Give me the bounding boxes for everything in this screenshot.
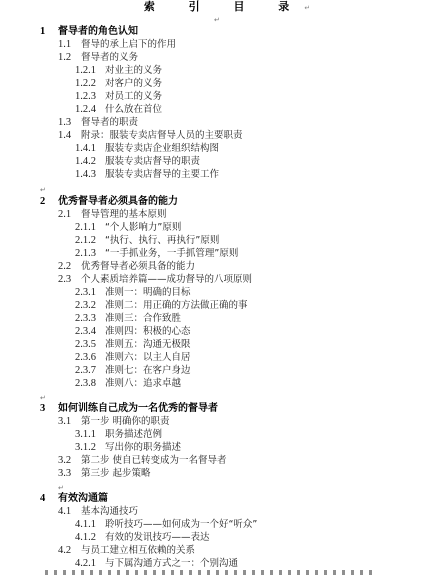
toc-number: 2.1.3 [75, 247, 105, 260]
toc-entry-level3[interactable]: 4.1.2有效的发讯技巧——表达 [75, 531, 210, 544]
toc-number: 2.3.2 [75, 299, 105, 312]
toc-entry-level2[interactable]: 2.2优秀督导者必须具备的能力 [58, 260, 195, 273]
toc-entry-level3[interactable]: 2.3.4准则四：积极的心态 [75, 325, 191, 338]
toc-entry-level3[interactable]: 2.3.5准则五：沟通无极限 [75, 338, 191, 351]
toc-number: 2 [40, 195, 58, 208]
toc-number: 2.3.6 [75, 351, 105, 364]
toc-number: 2.3.1 [75, 286, 105, 299]
toc-entry-level3[interactable]: 4.1.1聆听技巧——如何成为一个好“听众” [75, 518, 257, 531]
toc-text: 优秀督导者必须具备的能力 [58, 196, 178, 207]
toc-entry-level2[interactable]: 1.2督导者的义务 [58, 51, 138, 64]
truncated-next-line [45, 570, 375, 575]
toc-text: 准则二：用正确的方法做正确的事 [105, 300, 248, 311]
toc-entry-level1[interactable]: 1督导者的角色认知 [40, 25, 138, 38]
toc-number: 1.2.3 [75, 90, 105, 103]
toc-number: 3.1.1 [75, 428, 105, 441]
toc-number: 1.2 [58, 51, 81, 64]
toc-number: 2.1.1 [75, 221, 105, 234]
toc-number: 1.2.1 [75, 64, 105, 77]
toc-entry-level2[interactable]: 1.4附录：服装专卖店督导人员的主要职责 [58, 129, 243, 142]
toc-entry-level3[interactable]: 3.1.1职务描述范例 [75, 428, 162, 441]
toc-number: 3.2 [58, 454, 81, 467]
toc-entry-level1[interactable]: 3如何训练自己成为一名优秀的督导者 [40, 402, 218, 415]
toc-number: 1.2.4 [75, 103, 105, 116]
toc-entry-level2[interactable]: 4.2与员工建立相互依赖的关系 [58, 544, 195, 557]
toc-text: 准则三：合作致胜 [105, 313, 181, 324]
toc-entry-level2[interactable]: 2.3个人素质培养篇——成功督导的八项原则 [58, 273, 252, 286]
toc-number: 1.3 [58, 116, 81, 129]
toc-number: 2.3.7 [75, 364, 105, 377]
toc-entry-level1[interactable]: 4有效沟通篇 [40, 492, 108, 505]
toc-number: 2.1.2 [75, 234, 105, 247]
empty-paragraph: ↵ [40, 185, 46, 195]
toc-number: 4.1.2 [75, 531, 105, 544]
toc-number: 2.3.3 [75, 312, 105, 325]
toc-entry-level3[interactable]: 2.3.8准则八：追求卓越 [75, 377, 181, 390]
toc-text: “执行、执行、再执行”原则 [105, 235, 219, 246]
toc-text: 服装专卖店企业组织结构图 [105, 143, 219, 154]
toc-entry-level3[interactable]: 1.4.1服装专卖店企业组织结构图 [75, 142, 219, 155]
toc-text: 准则一：明确的目标 [105, 287, 191, 298]
toc-text: 督导者的义务 [81, 52, 138, 63]
toc-text: 督导的承上启下的作用 [81, 39, 176, 50]
toc-number: 1 [40, 25, 58, 38]
toc-text: 第一步 明确你的职责 [81, 416, 170, 427]
toc-number: 1.2.2 [75, 77, 105, 90]
toc-entry-level3[interactable]: 2.3.3准则三：合作致胜 [75, 312, 181, 325]
toc-entry-level3[interactable]: 2.3.1准则一：明确的目标 [75, 286, 191, 299]
toc-text: 督导管理的基本原则 [81, 209, 167, 220]
toc-text: “个人影响力”原则 [105, 222, 181, 233]
toc-text: 聆听技巧——如何成为一个好“听众” [105, 519, 257, 530]
toc-text: 优秀督导者必须具备的能力 [81, 261, 195, 272]
toc-number: 1.1 [58, 38, 81, 51]
toc-entry-level3[interactable]: 2.3.2准则二：用正确的方法做正确的事 [75, 299, 248, 312]
toc-number: 3 [40, 402, 58, 415]
toc-number: 4.2 [58, 544, 81, 557]
toc-title: 索 引 目 录↵ [0, 0, 440, 15]
toc-number: 3.3 [58, 467, 81, 480]
toc-entry-level2[interactable]: 2.1督导管理的基本原则 [58, 208, 167, 221]
toc-text: 准则六：以主人自居 [105, 352, 191, 363]
toc-text: 准则八：追求卓越 [105, 378, 181, 389]
paragraph-mark: ↵ [304, 4, 310, 12]
toc-entry-level3[interactable]: 2.3.7准则七：在客户身边 [75, 364, 191, 377]
toc-text: 对业主的义务 [105, 65, 162, 76]
toc-entry-level2[interactable]: 3.2第二步 使自已转变成为一名督导者 [58, 454, 227, 467]
toc-number: 1.4.2 [75, 155, 105, 168]
toc-text: 有效的发讯技巧——表达 [105, 532, 210, 543]
toc-text: 督导者的角色认知 [58, 26, 138, 37]
document-page: 索 引 目 录↵ ↵ 1督导者的角色认知 1.1督导的承上启下的作用 1.2督导… [0, 0, 440, 575]
toc-entry-level3[interactable]: 2.3.6准则六：以主人自居 [75, 351, 191, 364]
toc-entry-level3[interactable]: 1.2.1对业主的义务 [75, 64, 162, 77]
toc-text: 督导者的职责 [81, 117, 138, 128]
toc-entry-level3[interactable]: 1.2.4什么放在首位 [75, 103, 162, 116]
toc-entry-level3[interactable]: 1.2.2对客户的义务 [75, 77, 162, 90]
toc-number: 2.3 [58, 273, 81, 286]
toc-text: 对客户的义务 [105, 78, 162, 89]
toc-entry-level3[interactable]: 2.1.3“一手抓业务，一手抓管理”原则 [75, 247, 238, 260]
toc-text: 写出你的职务描述 [105, 442, 181, 453]
toc-text: 第三步 起步策略 [81, 468, 151, 479]
toc-number: 4.1.1 [75, 518, 105, 531]
toc-entry-level2[interactable]: 4.1基本沟通技巧 [58, 505, 138, 518]
toc-text: 职务描述范例 [105, 429, 162, 440]
toc-number: 2.2 [58, 260, 81, 273]
toc-entry-level3[interactable]: 1.2.3对员工的义务 [75, 90, 162, 103]
toc-number: 4.1 [58, 505, 81, 518]
toc-number: 2.3.4 [75, 325, 105, 338]
toc-text: 如何训练自己成为一名优秀的督导者 [58, 403, 218, 414]
toc-text: 个人素质培养篇——成功督导的八项原则 [81, 274, 252, 285]
toc-entry-level3[interactable]: 1.4.3服装专卖店督导的主要工作 [75, 168, 219, 181]
toc-entry-level1[interactable]: 2优秀督导者必须具备的能力 [40, 195, 178, 208]
toc-text: 服装专卖店督导的职责 [105, 156, 200, 167]
toc-entry-level2[interactable]: 1.1督导的承上启下的作用 [58, 38, 176, 51]
toc-number: 4.2.1 [75, 557, 105, 570]
toc-text: 与下属沟通方式之一：个别沟通 [105, 558, 238, 569]
toc-text: 准则七：在客户身边 [105, 365, 191, 376]
toc-entry-level3[interactable]: 2.1.2“执行、执行、再执行”原则 [75, 234, 219, 247]
toc-text: 对员工的义务 [105, 91, 162, 102]
empty-paragraph: ↵ [214, 15, 220, 25]
toc-entry-level3[interactable]: 1.4.2服装专卖店督导的职责 [75, 155, 200, 168]
toc-text: 什么放在首位 [105, 104, 162, 115]
toc-entry-level2[interactable]: 1.3督导者的职责 [58, 116, 138, 129]
toc-text: 有效沟通篇 [58, 493, 108, 504]
toc-text: 服装专卖店督导的主要工作 [105, 169, 219, 180]
toc-number: 2.1 [58, 208, 81, 221]
toc-entry-level2[interactable]: 3.3第三步 起步策略 [58, 467, 151, 480]
toc-number: 3.1.2 [75, 441, 105, 454]
toc-text: 与员工建立相互依赖的关系 [81, 545, 195, 556]
toc-text: 第二步 使自已转变成为一名督导者 [81, 455, 227, 466]
toc-number: 1.4.3 [75, 168, 105, 181]
toc-entry-level2[interactable]: 3.1第一步 明确你的职责 [58, 415, 170, 428]
toc-text: 基本沟通技巧 [81, 506, 138, 517]
toc-title-text: 索 引 目 录 [144, 0, 305, 13]
toc-number: 3.1 [58, 415, 81, 428]
toc-text: 附录：服装专卖店督导人员的主要职责 [81, 130, 243, 141]
toc-number: 1.4 [58, 129, 81, 142]
toc-text: 准则五：沟通无极限 [105, 339, 191, 350]
toc-entry-level3[interactable]: 2.1.1“个人影响力”原则 [75, 221, 181, 234]
toc-text: 准则四：积极的心态 [105, 326, 191, 337]
toc-number: 1.4.1 [75, 142, 105, 155]
toc-entry-level3[interactable]: 3.1.2写出你的职务描述 [75, 441, 181, 454]
toc-entry-level3[interactable]: 4.2.1与下属沟通方式之一：个别沟通 [75, 557, 238, 570]
toc-number: 2.3.5 [75, 338, 105, 351]
toc-text: “一手抓业务，一手抓管理”原则 [105, 248, 238, 259]
toc-number: 2.3.8 [75, 377, 105, 390]
toc-number: 4 [40, 492, 58, 505]
